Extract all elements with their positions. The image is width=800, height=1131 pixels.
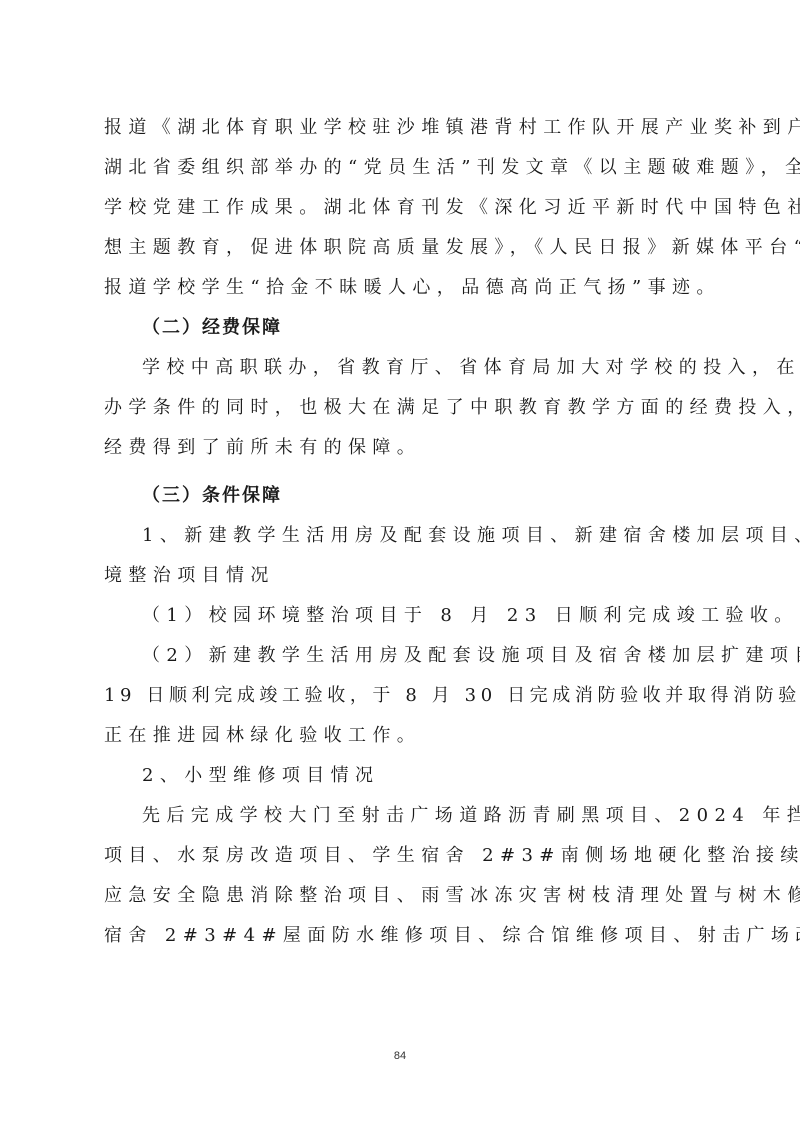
paragraph-line: 湖北省委组织部举办的“党员生活”刊发文章《以主题破难题》，全面展示: [104, 156, 714, 180]
paragraph-line: 正在推进园林绿化验收工作。: [104, 724, 714, 748]
paragraph-line: 宿舍 2#3#4#屋面防水维修项目、综合馆维修项目、射击广场改造项目、风: [104, 924, 714, 948]
page-number: 84: [0, 1050, 800, 1062]
paragraph-line: 报道《湖北体育职业学校驻沙堆镇港背村工作队开展产业奖补到户工作》，: [104, 116, 714, 140]
paragraph-line: 办学条件的同时，也极大在满足了中职教育教学方面的经费投入，中职办学: [104, 396, 714, 420]
paragraph-line: （1）校园环境整治项目于 8 月 23 日顺利完成竣工验收。: [142, 604, 714, 628]
paragraph-line: 学校中高职联办，省教育厅、省体育局加大对学校的投入，在提升高职: [142, 356, 714, 380]
paragraph-line: 报道学校学生“拾金不昧暖人心，品德高尚正气扬”事迹。: [104, 276, 714, 300]
paragraph-line: 2、小型维修项目情况: [142, 764, 714, 788]
paragraph-line: 先后完成学校大门至射击广场道路沥青刷黑项目、2024 年挡土墙施工: [142, 804, 714, 828]
paragraph-line: 项目、水泵房改造项目、学生宿舍 2#3#南侧场地硬化整治接续工程、校园: [104, 844, 714, 868]
section-heading-funding: （二）经费保障: [142, 316, 714, 340]
paragraph-line: 应急安全隐患消除整治项目、雨雪冰冻灾害树枝清理处置与树木修剪、学生: [104, 884, 714, 908]
paragraph-line: 学校党建工作成果。湖北体育刊发《深化习近平新时代中国特色社会主义思: [104, 196, 714, 220]
paragraph-line: 经费得到了前所未有的保障。: [104, 436, 714, 460]
paragraph-line: （2）新建教学生活用房及配套设施项目及宿舍楼加层扩建项目于 7 月: [142, 644, 714, 668]
paragraph-line: 境整治项目情况: [104, 564, 714, 588]
document-page: 报道《湖北体育职业学校驻沙堆镇港背村工作队开展产业奖补到户工作》， 湖北省委组织…: [0, 0, 800, 1131]
paragraph-line: 1、新建教学生活用房及配套设施项目、新建宿舍楼加层项目、校园环: [142, 524, 714, 548]
section-heading-conditions: （三）条件保障: [142, 484, 714, 508]
paragraph-line: 19 日顺利完成竣工验收，于 8 月 30 日完成消防验收并取得消防验收意见书。: [104, 684, 714, 708]
paragraph-line: 想主题教育，促进体职院高质量发展》，《人民日报》新媒体平台“人民号”: [104, 236, 714, 260]
